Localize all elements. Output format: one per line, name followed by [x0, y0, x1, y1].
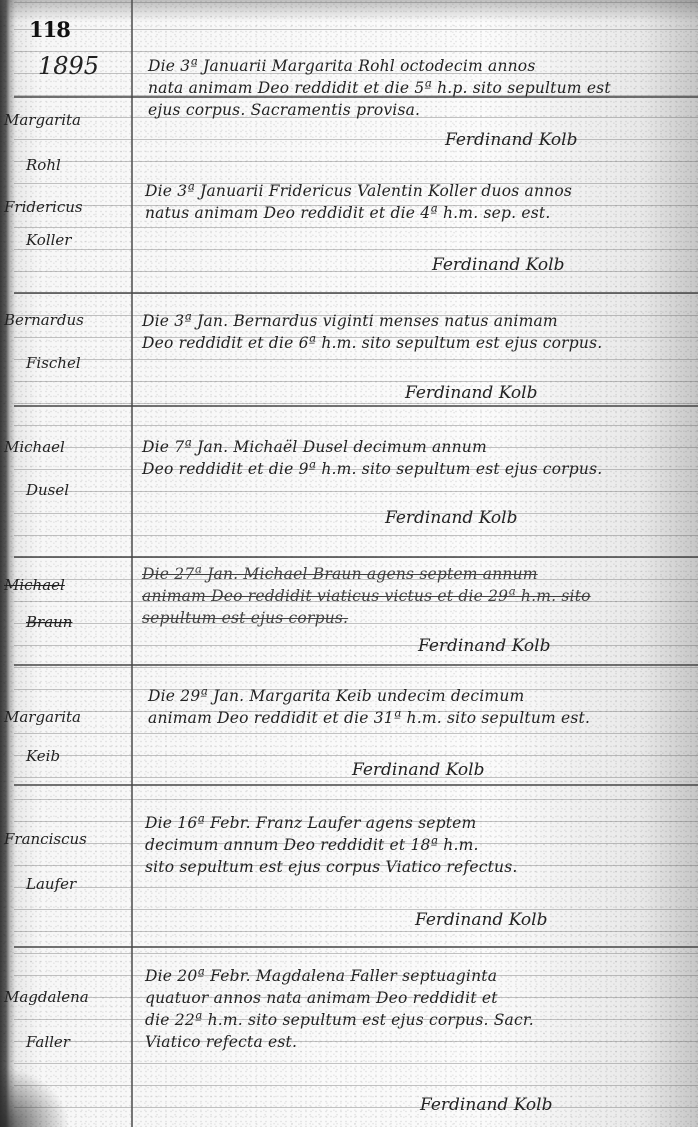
entry-text-crossed-out: Die 27ª Jan. Michael Braun agens septem …	[142, 563, 662, 629]
scan-shadow-corner	[0, 1067, 70, 1127]
register-year: 1895	[38, 52, 99, 80]
entry-line: die 22ª h.m. sito sepultum est ejus corp…	[145, 1009, 665, 1031]
given-name: Margarita	[4, 710, 122, 725]
entry-name: Franciscus Laufer	[4, 832, 122, 892]
entry-line: Die 3ª Jan. Bernardus viginti menses nat…	[142, 310, 662, 332]
surname: Braun	[4, 615, 122, 630]
given-name: Bernardus	[4, 313, 122, 328]
entry-line: quatuor annos nata animam Deo reddidit e…	[145, 987, 665, 1009]
entry-line: Die 29ª Jan. Margarita Keib undecim deci…	[148, 685, 668, 707]
column-divider	[131, 0, 133, 1127]
entry-separator	[14, 784, 698, 786]
entry-text: Die 20ª Febr. Magdalena Faller septuagin…	[145, 965, 665, 1053]
entry-text: Die 3ª Januarii Margarita Rohl octodecim…	[148, 55, 668, 121]
entry-name: Magdalena Faller	[4, 990, 122, 1050]
surname: Fischel	[4, 356, 122, 371]
priest-signature: Ferdinand Kolb	[405, 383, 538, 403]
surname: Laufer	[4, 877, 122, 892]
priest-signature: Ferdinand Kolb	[385, 508, 518, 528]
given-name: Michael	[4, 578, 122, 593]
priest-signature: Ferdinand Kolb	[445, 130, 578, 150]
register-page: 118 1895 Margarita Rohl Die 3ª Januarii …	[0, 0, 698, 1127]
entry-separator	[14, 292, 698, 294]
given-name: Magdalena	[4, 990, 122, 1005]
page-number: 118	[29, 17, 70, 42]
entry-name: Michael Braun	[4, 578, 122, 630]
entry-line: Die 20ª Febr. Magdalena Faller septuagin…	[145, 965, 665, 987]
entry-line: ejus corpus. Sacramentis provisa.	[148, 99, 668, 121]
entry-line: Die 7ª Jan. Michaël Dusel decimum annum	[142, 436, 662, 458]
entry-text: Die 29ª Jan. Margarita Keib undecim deci…	[148, 685, 668, 729]
given-name: Margarita	[4, 113, 122, 128]
entry-line: Die 3ª Januarii Fridericus Valentin Koll…	[145, 180, 665, 202]
entry-text: Die 3ª Januarii Fridericus Valentin Koll…	[145, 180, 665, 224]
entry-text: Die 16ª Febr. Franz Laufer agens septem …	[145, 812, 665, 878]
entry-name: Bernardus Fischel	[4, 313, 122, 371]
entry-name: Michael Dusel	[4, 440, 122, 498]
priest-signature: Ferdinand Kolb	[352, 760, 485, 780]
entry-separator	[14, 405, 698, 407]
entry-line: animam Deo reddidit viaticus victus et d…	[142, 585, 662, 607]
surname: Rohl	[4, 158, 122, 173]
entry-line: Die 3ª Januarii Margarita Rohl octodecim…	[148, 55, 668, 77]
entry-line: nata animam Deo reddidit et die 5ª h.p. …	[148, 77, 668, 99]
priest-signature: Ferdinand Kolb	[418, 636, 551, 656]
entry-separator	[14, 664, 698, 666]
entry-separator	[14, 556, 698, 558]
entry-name: Fridericus Koller	[4, 200, 122, 248]
given-name: Franciscus	[4, 832, 122, 847]
entry-line: sito sepultum est ejus corpus Viatico re…	[145, 856, 665, 878]
entry-text: Die 7ª Jan. Michaël Dusel decimum annum …	[142, 436, 662, 480]
surname: Keib	[4, 749, 122, 764]
entry-line: Deo reddidit et die 9ª h.m. sito sepultu…	[142, 458, 662, 480]
surname: Dusel	[4, 483, 122, 498]
entry-name: Margarita Rohl	[4, 113, 122, 173]
surname: Faller	[4, 1035, 122, 1050]
entry-line: sepultum est ejus corpus.	[142, 607, 662, 629]
entry-line: decimum annum Deo reddidit et 18ª h.m.	[145, 834, 665, 856]
entry-line: Deo reddidit et die 6ª h.m. sito sepultu…	[142, 332, 662, 354]
entry-name: Margarita Keib	[4, 710, 122, 764]
priest-signature: Ferdinand Kolb	[432, 255, 565, 275]
entry-line: Die 16ª Febr. Franz Laufer agens septem	[145, 812, 665, 834]
entry-line: animam Deo reddidit et die 31ª h.m. sito…	[148, 707, 668, 729]
given-name: Fridericus	[4, 200, 122, 215]
surname: Koller	[4, 233, 122, 248]
entry-line: Die 27ª Jan. Michael Braun agens septem …	[142, 563, 662, 585]
priest-signature: Ferdinand Kolb	[420, 1095, 553, 1115]
given-name: Michael	[4, 440, 122, 455]
priest-signature: Ferdinand Kolb	[415, 910, 548, 930]
entry-line: Viatico refecta est.	[145, 1031, 665, 1053]
entry-line: natus animam Deo reddidit et die 4ª h.m.…	[145, 202, 665, 224]
entry-text: Die 3ª Jan. Bernardus viginti menses nat…	[142, 310, 662, 354]
entry-separator	[14, 946, 698, 948]
